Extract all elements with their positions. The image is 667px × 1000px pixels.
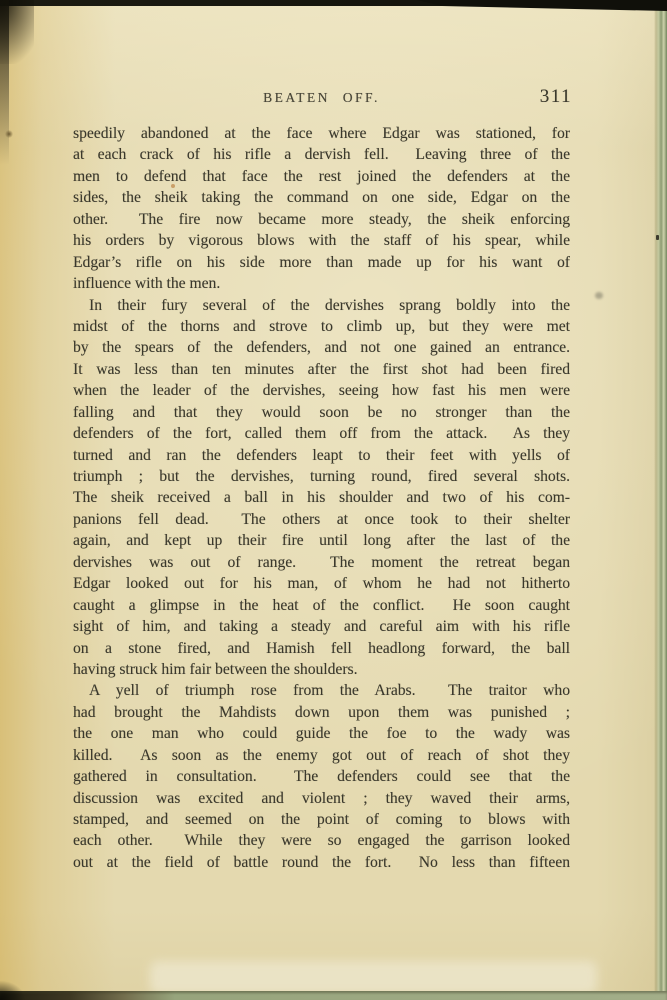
text-line: other. The fire now became more steady, … (73, 209, 570, 230)
text-line: stamped, and seemed on the point of comi… (73, 809, 570, 830)
text-line: dervishes was out of range. The moment t… (73, 552, 570, 573)
text-line: killed. As soon as the enemy got out of … (73, 745, 570, 766)
scan-blemish (171, 184, 175, 188)
text-line: when the leader of the dervishes, seeing… (73, 380, 570, 401)
text-line: midst of the thorns and strove to climb … (73, 316, 570, 337)
scan-blemish (595, 292, 603, 299)
page-number: 311 (540, 86, 572, 108)
running-title: BEATEN OFF. (73, 90, 570, 106)
scan-border-bottom (0, 991, 667, 1000)
text-line: influence with the men. (73, 273, 570, 294)
text-line: panions fell dead. The others at once to… (73, 509, 570, 530)
text-line: on a stone fired, and Hamish fell headlo… (73, 638, 570, 659)
text-line: turned and ran the defenders leapt to th… (73, 445, 570, 466)
text-line: sight of him, and taking a steady and ca… (73, 616, 570, 637)
text-line: discussion was excited and violent ; the… (73, 788, 570, 809)
text-line: again, and kept up their fire until long… (73, 530, 570, 551)
paragraph: A yell of triumph rose from the Arabs. T… (73, 680, 570, 873)
text-line: In their fury several of the dervishes s… (73, 295, 570, 316)
scan-shadow-left (0, 0, 9, 165)
text-line: out at the field of battle round the for… (73, 852, 570, 873)
text-line: triumph ; but the dervishes, turning rou… (73, 466, 570, 487)
text-line: caught a glimpse in the heat of the conf… (73, 595, 570, 616)
text-line: had brought the Mahdists down upon them … (73, 702, 570, 723)
paragraph: speedily abandoned at the face where Edg… (73, 123, 570, 295)
text-line: gathered in consultation. The defenders … (73, 766, 570, 787)
text-line: at each crack of his rifle a dervish fel… (73, 144, 570, 165)
text-line: falling and that they would soon be no s… (73, 402, 570, 423)
text-line: having struck him fair between the shoul… (73, 659, 570, 680)
under-pages-band (150, 961, 597, 994)
text-line: Edgar’s rifle on his side more than made… (73, 252, 570, 273)
text-line: by the spears of the defenders, and not … (73, 337, 570, 358)
text-line: sides, the sheik taking the command on o… (73, 187, 570, 208)
text-line: men to defend that face the rest joined … (73, 166, 570, 187)
text-line: the one man who could guide the foe to t… (73, 723, 570, 744)
text-line: A yell of triumph rose from the Arabs. T… (73, 680, 570, 701)
paragraph: In their fury several of the dervishes s… (73, 295, 570, 681)
page-header: BEATEN OFF. 311 (73, 90, 570, 112)
printed-text-block: BEATEN OFF. 311 speedily abandoned at th… (73, 90, 570, 873)
text-line: his orders by vigorous blows with the st… (73, 230, 570, 251)
scan-blemish (300, 303, 302, 305)
scan-blemish (5, 130, 13, 138)
scan-blemish (656, 235, 659, 240)
page-body: speedily abandoned at the face where Edg… (73, 123, 570, 873)
book-fore-edge (654, 4, 667, 1000)
book-page-scan: BEATEN OFF. 311 speedily abandoned at th… (0, 0, 667, 1000)
text-line: each other. While they were so engaged t… (73, 830, 570, 851)
text-line: It was less than ten minutes after the f… (73, 359, 570, 380)
text-line: defenders of the fort, called them off f… (73, 423, 570, 444)
scan-shadow-bottom-left (0, 980, 30, 1000)
text-line: The sheik received a ball in his shoulde… (73, 487, 570, 508)
text-line: Edgar looked out for his man, of whom he… (73, 573, 570, 594)
text-line: speedily abandoned at the face where Edg… (73, 123, 570, 144)
